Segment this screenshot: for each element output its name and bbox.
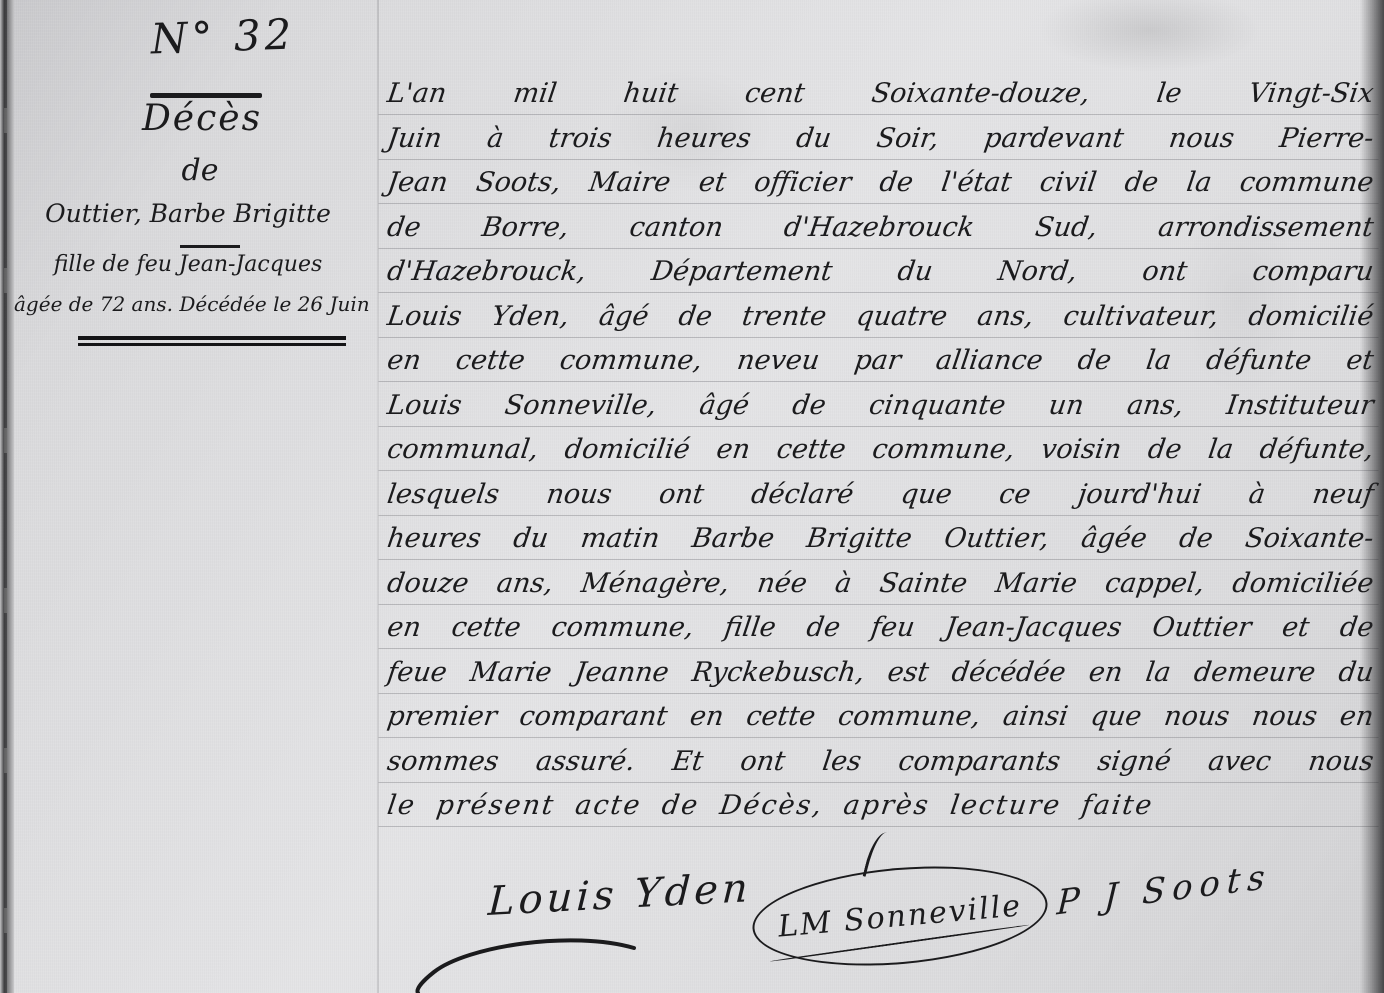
record-line: communal, domicilié en cette commune, vo… <box>384 428 1376 474</box>
page-right-edge-shadow <box>1360 0 1384 993</box>
scanned-death-record-page: N° 32 Décès de Outtier, Barbe Brigitte f… <box>0 0 1384 993</box>
margin-rule-small <box>180 245 240 248</box>
margin-rule-double <box>78 336 346 346</box>
record-line: Jean Soots, Maire et officier de l'état … <box>384 161 1376 207</box>
record-line: L'an mil huit cent Soixante-douze, le Vi… <box>384 72 1376 118</box>
record-line: le présent acte de Décès, après lecture … <box>384 784 1376 830</box>
record-line: Juin à trois heures du Soir, pardevant n… <box>384 117 1376 163</box>
act-type-connector: de <box>150 153 250 188</box>
record-line: Louis Yden, âgé de trente quatre ans, cu… <box>384 295 1376 341</box>
record-line: feue Marie Jeanne Ryckebusch, est décédé… <box>384 651 1376 697</box>
signature-lm-sonneville: LM Sonneville <box>777 888 1024 944</box>
record-line: sommes assuré. Et ont les comparants sig… <box>384 740 1376 786</box>
record-line: lesquels nous ont déclaré que ce jourd'h… <box>384 473 1376 519</box>
record-line: en cette commune, neveu par alliance de … <box>384 339 1376 385</box>
deceased-age-and-date: âgée de 72 ans. Décédée le 26 Juin <box>14 292 366 316</box>
act-type-heading: Décès <box>112 98 292 139</box>
record-line: Louis Sonneville, âgé de cinquante un an… <box>384 384 1376 430</box>
deceased-name: Outtier, Barbe Brigitte <box>16 199 360 228</box>
page-fold-crease <box>377 0 379 993</box>
record-line: premier comparant en cette commune, ains… <box>384 695 1376 741</box>
record-line: de Borre, canton d'Hazebrouck Sud, arron… <box>384 206 1376 252</box>
record-line: d'Hazebrouck, Département du Nord, ont c… <box>384 250 1376 296</box>
cropped-signature-flourish <box>412 938 642 993</box>
record-line: douze ans, Ménagère, née à Sainte Marie … <box>384 562 1376 608</box>
deceased-filiation: fille de feu Jean-Jacques <box>20 252 356 277</box>
book-binding-edge <box>0 0 14 993</box>
record-line: en cette commune, fille de feu Jean-Jacq… <box>384 606 1376 652</box>
record-number: N° 32 <box>127 9 319 65</box>
signature-sonneville-oval: LM Sonneville <box>748 855 1051 976</box>
record-line: heures du matin Barbe Brigitte Outtier, … <box>384 517 1376 563</box>
signature-louis-yden: Louis Yden <box>487 865 753 925</box>
signature-pj-soots: P J Soots <box>1056 857 1273 924</box>
